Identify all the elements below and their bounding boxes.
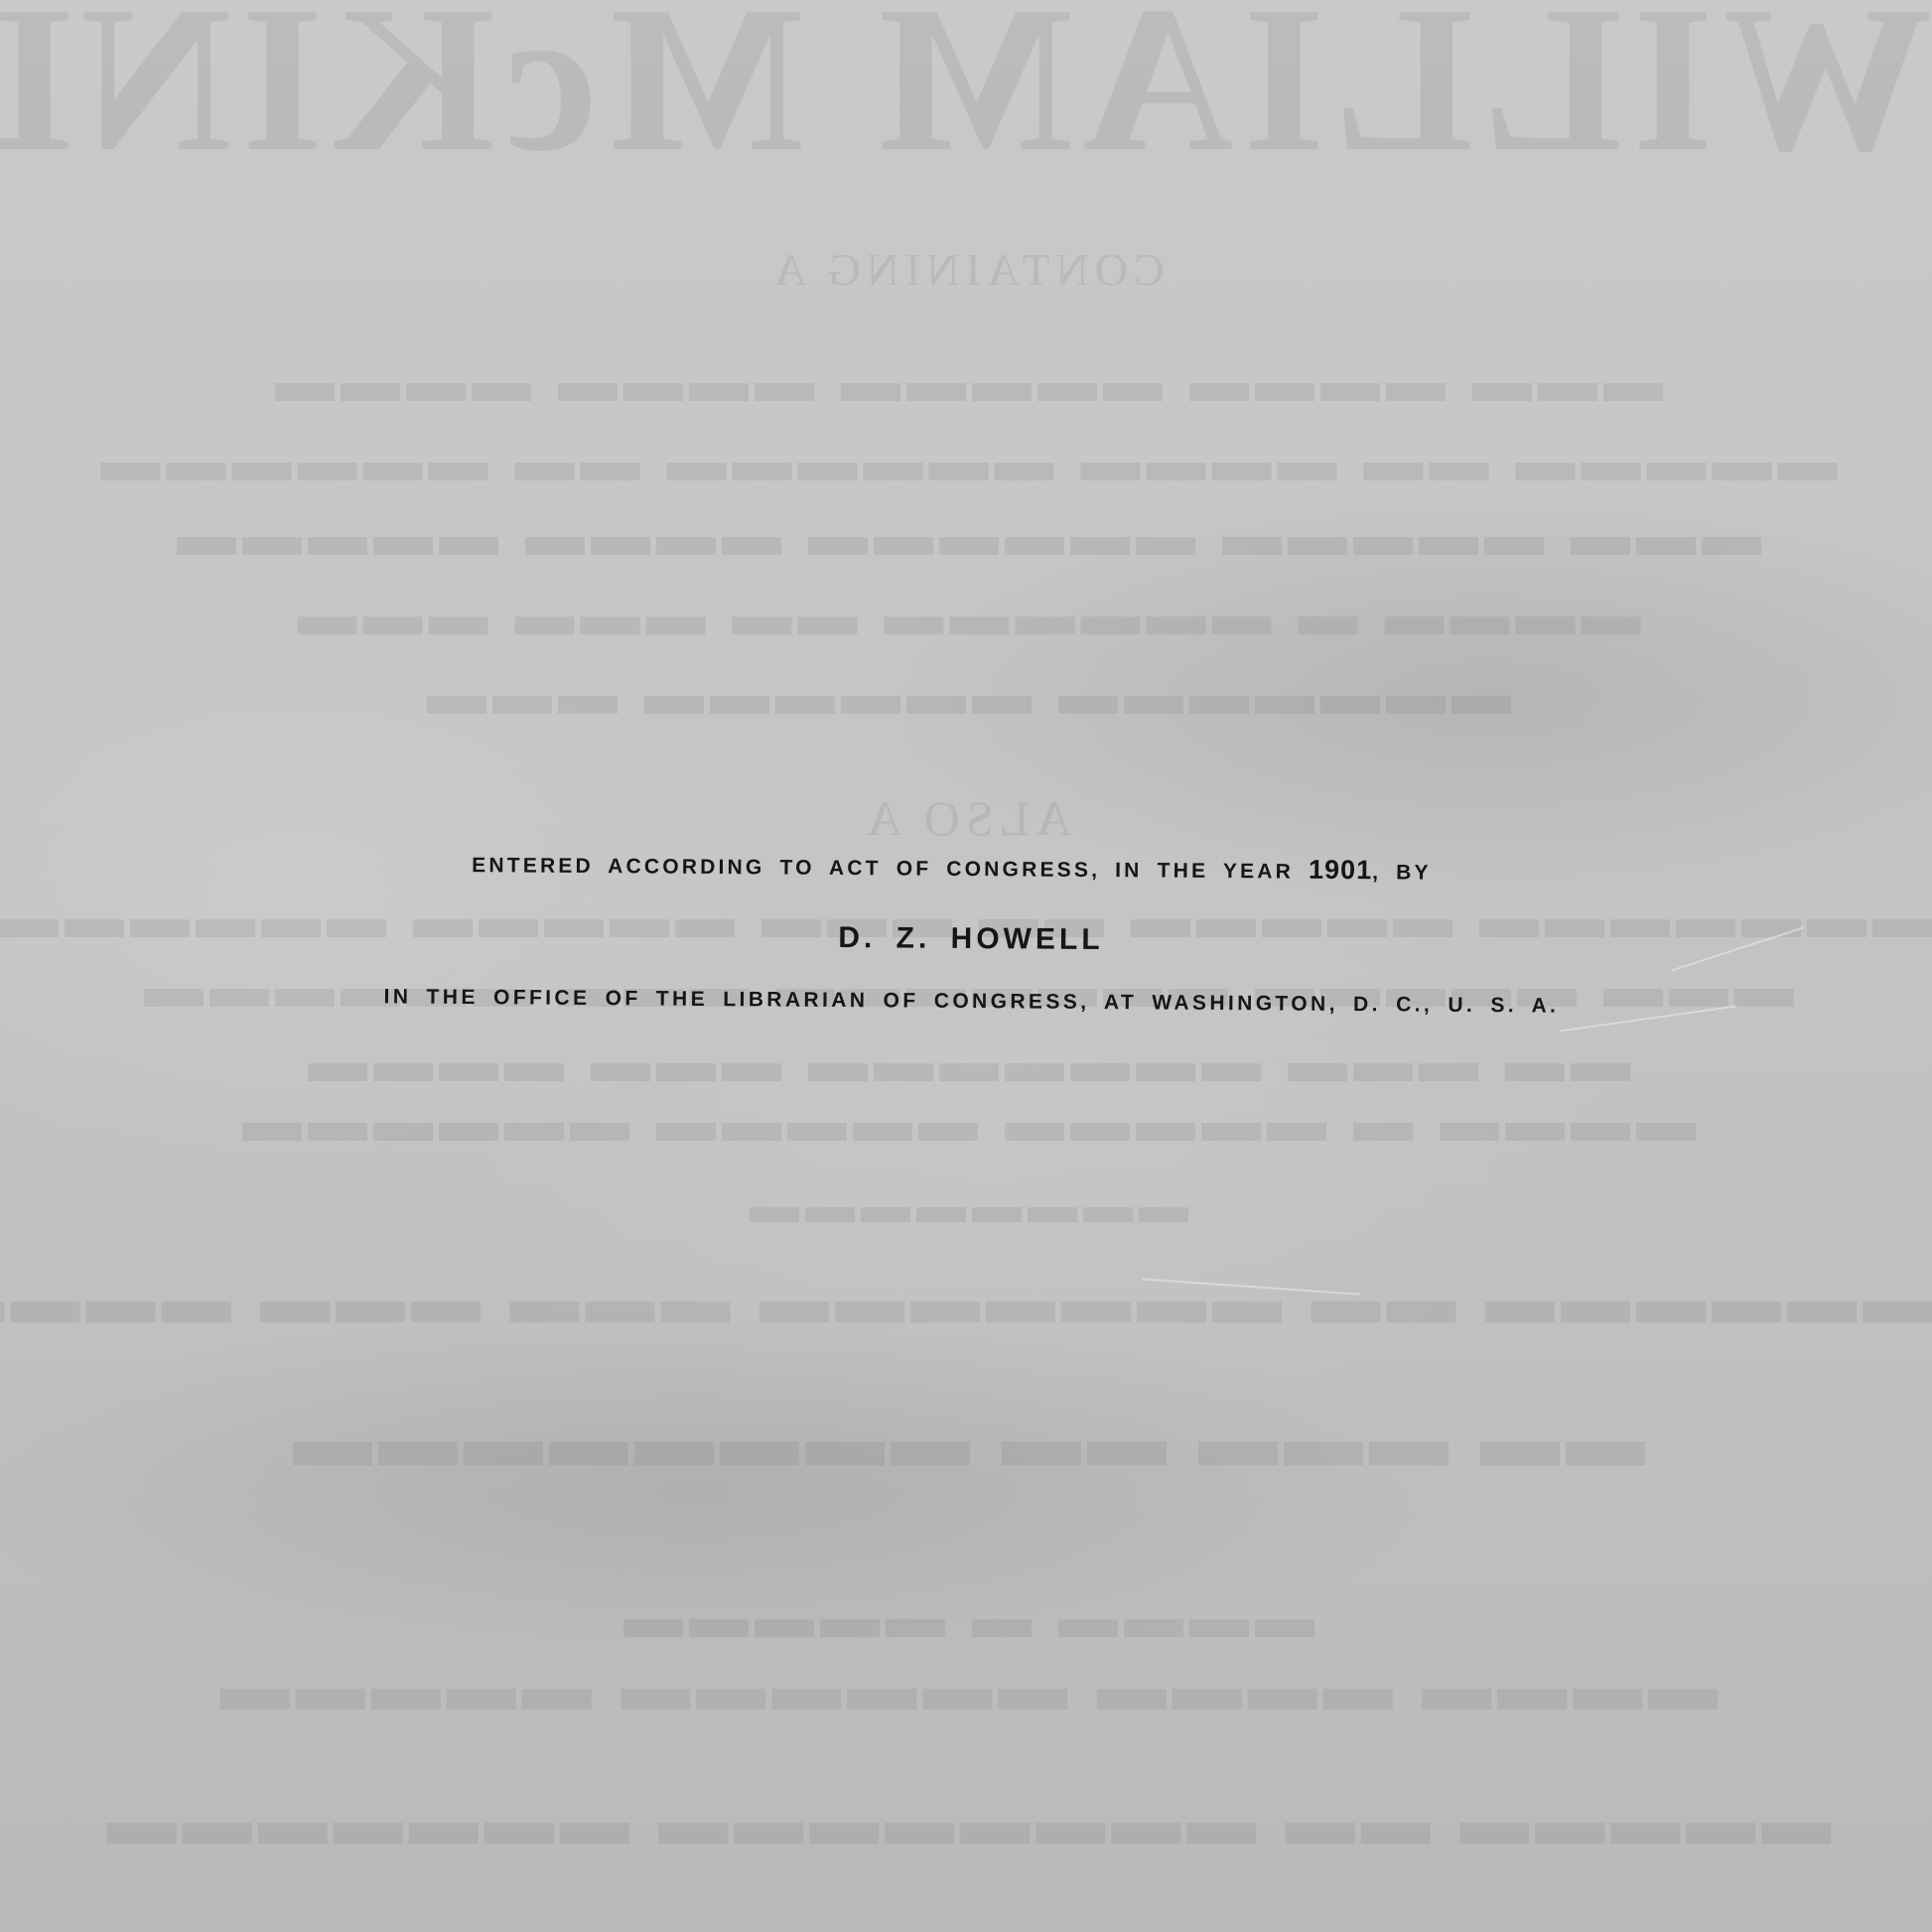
show-through-line: ▬▬▬▬▬▬ ▬▬ ▬▬▬▬▬▬▬ ▬▬▬ ▬▬▬ ▬▬▬▬▬: [0, 1261, 1932, 1340]
show-through-line: ▬▬▬▬▬ ▬▬ ▬▬▬▬ ▬▬▬▬▬▬ ▬▬ ▬▬▬▬▬▬: [0, 427, 1932, 495]
show-through-title: WILLIAM McKINLEY: [0, 0, 1932, 200]
entry-text: ENTERED ACCORDING TO ACT OF CONGRESS, IN…: [472, 854, 1294, 884]
copyright-imprint: ENTERED ACCORDING TO ACT OF CONGRESS, IN…: [0, 844, 1932, 1021]
show-through-line: ▬▬▬ ▬▬▬▬▬ ▬▬▬▬▬▬ ▬▬▬▬ ▬▬▬▬▬: [0, 501, 1932, 570]
show-through-line: ▬▬▬▬ ▬▬▬▬ ▬▬▬▬▬▬ ▬▬▬▬▬: [0, 1648, 1932, 1727]
copyright-entry-line: ENTERED ACCORDING TO ACT OF CONGRESS, IN…: [0, 844, 1932, 891]
show-through-line: ▬▬▬▬ ▬ ▬▬▬▬▬▬ ▬▬ ▬▬▬ ▬▬▬: [0, 581, 1932, 649]
show-through-line: CONTAINING A: [0, 243, 1932, 296]
show-through-line: ▬▬▬▬ ▬ ▬▬▬▬▬ ▬▬▬▬▬ ▬▬▬▬▬▬: [0, 1087, 1932, 1156]
show-through-line: ▬▬▬▬▬ ▬▬ ▬▬▬▬▬▬▬▬ ▬▬▬▬▬▬▬: [0, 1782, 1932, 1862]
show-through-line: ▬▬ ▬▬▬ ▬▬▬▬▬▬▬ ▬▬▬ ▬▬▬▬: [0, 1028, 1932, 1096]
copyright-year: 1901: [1309, 855, 1372, 886]
show-through-line: ▬▬▬▬▬▬▬ ▬▬▬▬▬▬ ▬▬▬: [0, 660, 1932, 729]
entry-suffix: , BY: [1372, 861, 1432, 884]
show-through-line: ▬▬▬ ▬▬▬▬ ▬▬▬▬▬ ▬▬▬▬ ▬▬▬▬: [0, 347, 1932, 416]
show-through-line: ▬▬ ▬▬▬ ▬▬ ▬▬▬▬▬▬▬▬: [0, 1395, 1932, 1485]
paper-page: WILLIAM McKINLEY CONTAINING A ▬▬▬ ▬▬▬▬ ▬…: [0, 0, 1932, 1932]
show-through-line: ALSO A: [0, 789, 1932, 847]
copyright-holder: D. Z. HOWELL: [10, 914, 1932, 963]
show-through-line: ▬▬▬▬▬▬▬▬: [0, 1176, 1932, 1234]
show-through-line: ▬▬▬▬ ▬ ▬▬▬▬▬: [0, 1584, 1932, 1652]
